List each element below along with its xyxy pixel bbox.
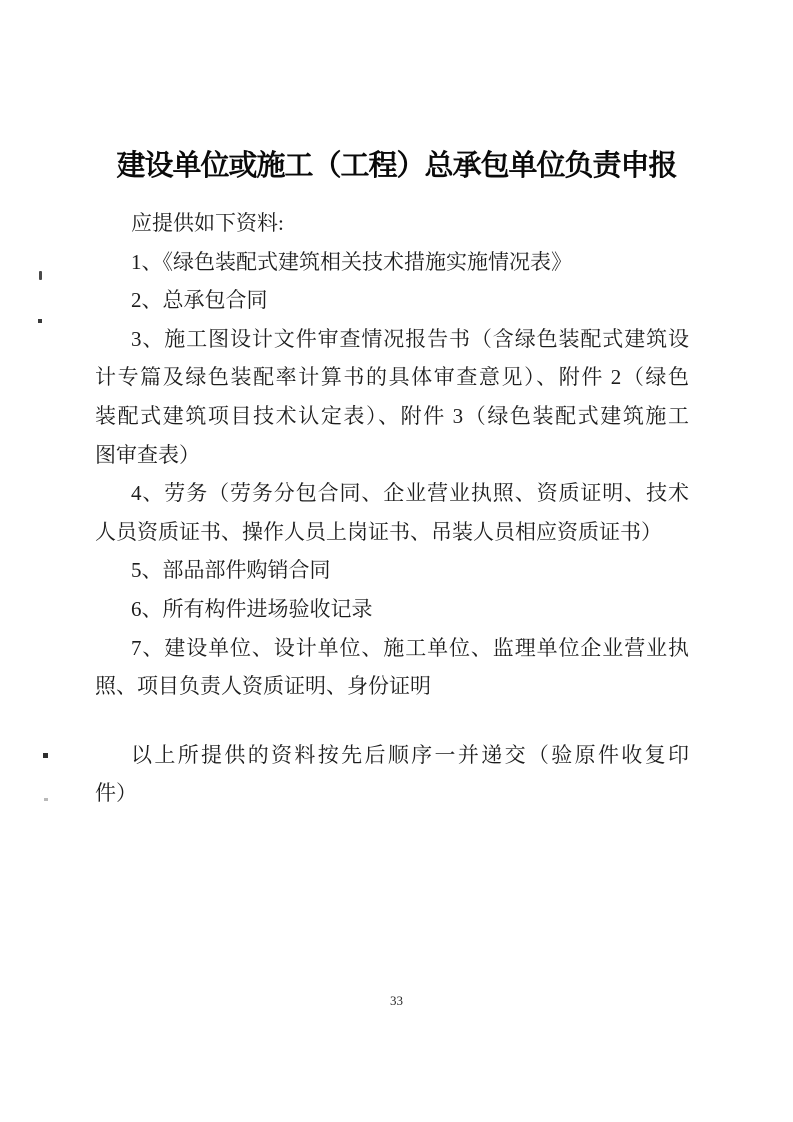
document-line: 照、项目负责人资质证明、身份证明 — [95, 667, 689, 706]
paragraph-gap — [95, 706, 689, 736]
document-line: 以上所提供的资料按先后顺序一并递交（验原件收复印 — [95, 736, 689, 775]
scan-speck-icon — [44, 798, 48, 801]
document-line: 6、所有构件进场验收记录 — [95, 590, 689, 629]
document-line: 件） — [95, 774, 689, 813]
document-line: 5、部品部件购销合同 — [95, 551, 689, 590]
document-page: 建设单位或施工（工程）总承包单位负责申报 应提供如下资料: 1、《绿色装配式建筑… — [0, 0, 793, 1122]
page-title: 建设单位或施工（工程）总承包单位负责申报 — [0, 143, 793, 184]
document-line: 人员资质证书、操作人员上岗证书、吊装人员相应资质证书） — [95, 513, 689, 552]
document-line: 2、总承包合同 — [95, 281, 689, 320]
document-line: 应提供如下资料: — [95, 204, 689, 243]
document-line: 7、建设单位、设计单位、施工单位、监理单位企业营业执 — [95, 629, 689, 668]
document-line: 装配式建筑项目技术认定表）、附件 3（绿色装配式建筑施工 — [95, 397, 689, 436]
document-line: 图审查表） — [95, 436, 689, 475]
document-line: 1、《绿色装配式建筑相关技术措施实施情况表》 — [95, 243, 689, 282]
scan-speck-icon — [43, 753, 48, 758]
scan-speck-icon — [39, 271, 42, 280]
document-body: 应提供如下资料: 1、《绿色装配式建筑相关技术措施实施情况表》 2、总承包合同 … — [95, 204, 689, 813]
document-line: 计专篇及绿色装配率计算书的具体审查意见）、附件 2（绿色 — [95, 358, 689, 397]
document-line: 4、劳务（劳务分包合同、企业营业执照、资质证明、技术 — [95, 474, 689, 513]
scan-speck-icon — [38, 319, 42, 323]
page-number: 33 — [0, 993, 793, 1009]
document-line: 3、施工图设计文件审查情况报告书（含绿色装配式建筑设 — [95, 320, 689, 359]
